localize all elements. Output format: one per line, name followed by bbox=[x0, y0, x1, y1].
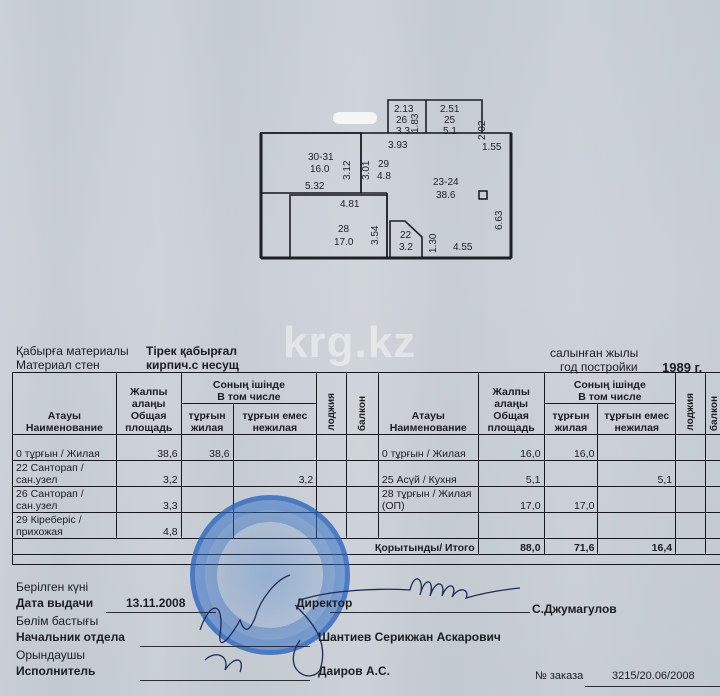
room-living: 17,0 bbox=[544, 487, 598, 513]
header-incl-left: Соның ішіндеВ том числе bbox=[181, 373, 317, 404]
table-row: 0 тұрғын / Жилая38,638,60 тұрғын / Жилая… bbox=[13, 435, 720, 461]
svg-text:5.32: 5.32 bbox=[305, 181, 325, 192]
room-name: 26 Санторап / сан.узел bbox=[13, 487, 117, 513]
room-name bbox=[378, 513, 478, 539]
executor-label-kz: Орындаушы bbox=[16, 648, 85, 662]
svg-text:22: 22 bbox=[400, 230, 412, 241]
room-nonliving bbox=[233, 435, 317, 461]
header-nonliving-left: тұрғын емеснежилая bbox=[233, 404, 317, 435]
header-living-left: тұрғынжилая bbox=[181, 404, 233, 435]
header-name-right: АтауыНаименование bbox=[378, 373, 478, 435]
head-label-kz: Бөлім бастығы bbox=[16, 614, 98, 628]
loggia-cell bbox=[676, 435, 706, 461]
balcony-cell bbox=[705, 513, 720, 539]
issue-date-label-ru: Дата выдачи bbox=[16, 596, 93, 610]
header-loggia-right: лоджия bbox=[676, 373, 706, 435]
header-living-right: тұрғынжилая bbox=[544, 404, 598, 435]
room-30-31-area: 16.0 bbox=[310, 164, 330, 175]
header-incl-right: Соның ішіндеВ том числе bbox=[544, 373, 676, 404]
loggia-cell bbox=[317, 487, 347, 513]
room-name: 28 тұрғын / Жилая (ОП) bbox=[378, 487, 478, 513]
svg-text:3.3: 3.3 bbox=[396, 126, 410, 137]
balcony-cell bbox=[705, 461, 720, 487]
header-loggia-left: лоджия bbox=[317, 373, 347, 435]
room-name: 25 Асүй / Кухня bbox=[378, 461, 478, 487]
wall-material-label-kz: Қабырға материалы bbox=[16, 344, 129, 358]
issue-date-value: 13.11.2008 bbox=[126, 596, 185, 610]
header-name-left: АтауыНаименование bbox=[13, 373, 117, 435]
svg-text:4.55: 4.55 bbox=[453, 242, 473, 253]
room-total: 17,0 bbox=[478, 487, 544, 513]
svg-text:3.01: 3.01 bbox=[361, 160, 372, 180]
rooms-table: АтауыНаименование ЖалпыалаңыОбщаяплощадь… bbox=[12, 372, 720, 565]
wall-material-value-kz: Тірек қабырғал bbox=[146, 344, 237, 358]
svg-text:1.55: 1.55 bbox=[482, 142, 502, 153]
wall-material-value-ru: кирпич.с несущ bbox=[146, 358, 239, 372]
table-row: 29 Кіреберіс / прихожая4,8 bbox=[13, 513, 720, 539]
room-living bbox=[544, 461, 598, 487]
loggia-cell bbox=[676, 513, 706, 539]
svg-text:28: 28 bbox=[338, 224, 350, 235]
svg-text:2.13: 2.13 bbox=[394, 104, 414, 115]
svg-text:3.12: 3.12 bbox=[342, 160, 353, 180]
totals-row: Қорытынды/ Итого 88,0 71,6 16,4 bbox=[13, 539, 720, 555]
totals-total: 88,0 bbox=[478, 539, 544, 555]
balcony-cell bbox=[347, 513, 379, 539]
watermark: krg.kz bbox=[283, 318, 416, 368]
header-total-left: ЖалпыалаңыОбщаяплощадь bbox=[116, 373, 181, 435]
executor-label-ru: Исполнитель bbox=[16, 664, 95, 678]
issue-date-label-kz: Берілген күні bbox=[16, 580, 88, 594]
room-nonliving bbox=[598, 435, 676, 461]
svg-text:26: 26 bbox=[396, 115, 408, 126]
head-label-ru: Начальник отдела bbox=[16, 630, 125, 644]
header-nonliving-right: тұрғын емеснежилая bbox=[598, 404, 676, 435]
table-row: 22 Санторап / сан.узел3,23,225 Асүй / Ку… bbox=[13, 461, 720, 487]
svg-text:17.0: 17.0 bbox=[334, 237, 354, 248]
table-row: 26 Санторап / сан.узел3,328 тұрғын / Жил… bbox=[13, 487, 720, 513]
svg-text:4.81: 4.81 bbox=[340, 199, 360, 210]
balcony-cell bbox=[347, 461, 379, 487]
balcony-cell bbox=[347, 487, 379, 513]
header-balcony-right: балкон bbox=[705, 373, 720, 435]
room-living bbox=[181, 461, 233, 487]
svg-text:2.51: 2.51 bbox=[440, 104, 460, 115]
room-nonliving: 5,1 bbox=[598, 461, 676, 487]
svg-text:2.02: 2.02 bbox=[477, 120, 488, 140]
room-name: 29 Кіреберіс / прихожая bbox=[13, 513, 117, 539]
room-name: 0 тұрғын / Жилая bbox=[378, 435, 478, 461]
svg-text:3.93: 3.93 bbox=[388, 140, 408, 151]
svg-text:23-24: 23-24 bbox=[433, 177, 459, 188]
room-total: 3,2 bbox=[116, 461, 181, 487]
room-30-31-id: 30-31 bbox=[308, 152, 334, 163]
totals-nonliving: 16,4 bbox=[598, 539, 676, 555]
balcony-cell bbox=[705, 487, 720, 513]
room-living: 16,0 bbox=[544, 435, 598, 461]
room-name: 22 Санторап / сан.узел bbox=[13, 461, 117, 487]
wall-material-label-ru: Материал стен bbox=[16, 358, 100, 372]
svg-text:38.6: 38.6 bbox=[436, 190, 456, 201]
balcony-cell bbox=[705, 435, 720, 461]
room-total: 4,8 bbox=[116, 513, 181, 539]
room-nonliving bbox=[598, 487, 676, 513]
svg-text:4.8: 4.8 bbox=[377, 171, 391, 182]
room-nonliving: 3,2 bbox=[233, 461, 317, 487]
svg-text:5.1: 5.1 bbox=[443, 126, 457, 137]
order-value: 3215/20.06/2008 bbox=[612, 670, 695, 682]
loggia-cell bbox=[676, 461, 706, 487]
header-total-right: ЖалпыалаңыОбщаяплощадь bbox=[478, 373, 544, 435]
room-total bbox=[478, 513, 544, 539]
svg-text:3.2: 3.2 bbox=[399, 242, 413, 253]
svg-text:1.83: 1.83 bbox=[410, 113, 421, 133]
signatures bbox=[180, 560, 600, 690]
room-total: 3,3 bbox=[116, 487, 181, 513]
svg-text:25: 25 bbox=[444, 115, 456, 126]
svg-text:3.54: 3.54 bbox=[370, 225, 381, 245]
header-balcony-left: балкон bbox=[347, 373, 379, 435]
loggia-cell bbox=[317, 461, 347, 487]
loggia-cell bbox=[317, 435, 347, 461]
balcony-cell bbox=[347, 435, 379, 461]
floor-plan-drawing: 30-31 16.0 29 4.8 23-24 38.6 28 17.0 22 … bbox=[250, 95, 520, 275]
loggia-cell bbox=[676, 487, 706, 513]
svg-text:1.30: 1.30 bbox=[428, 233, 439, 253]
room-total: 16,0 bbox=[478, 435, 544, 461]
room-total: 38,6 bbox=[116, 435, 181, 461]
room-nonliving bbox=[598, 513, 676, 539]
redaction-mark bbox=[333, 112, 377, 124]
floor-plan: 30-31 16.0 29 4.8 23-24 38.6 28 17.0 22 … bbox=[250, 95, 520, 275]
room-living: 38,6 bbox=[181, 435, 233, 461]
room-name: 0 тұрғын / Жилая bbox=[13, 435, 117, 461]
svg-text:6.63: 6.63 bbox=[494, 210, 505, 230]
room-living bbox=[544, 513, 598, 539]
totals-living: 71,6 bbox=[544, 539, 598, 555]
year-label-kz: салынған жылы bbox=[550, 346, 638, 360]
room-total: 5,1 bbox=[478, 461, 544, 487]
svg-text:29: 29 bbox=[378, 159, 390, 170]
